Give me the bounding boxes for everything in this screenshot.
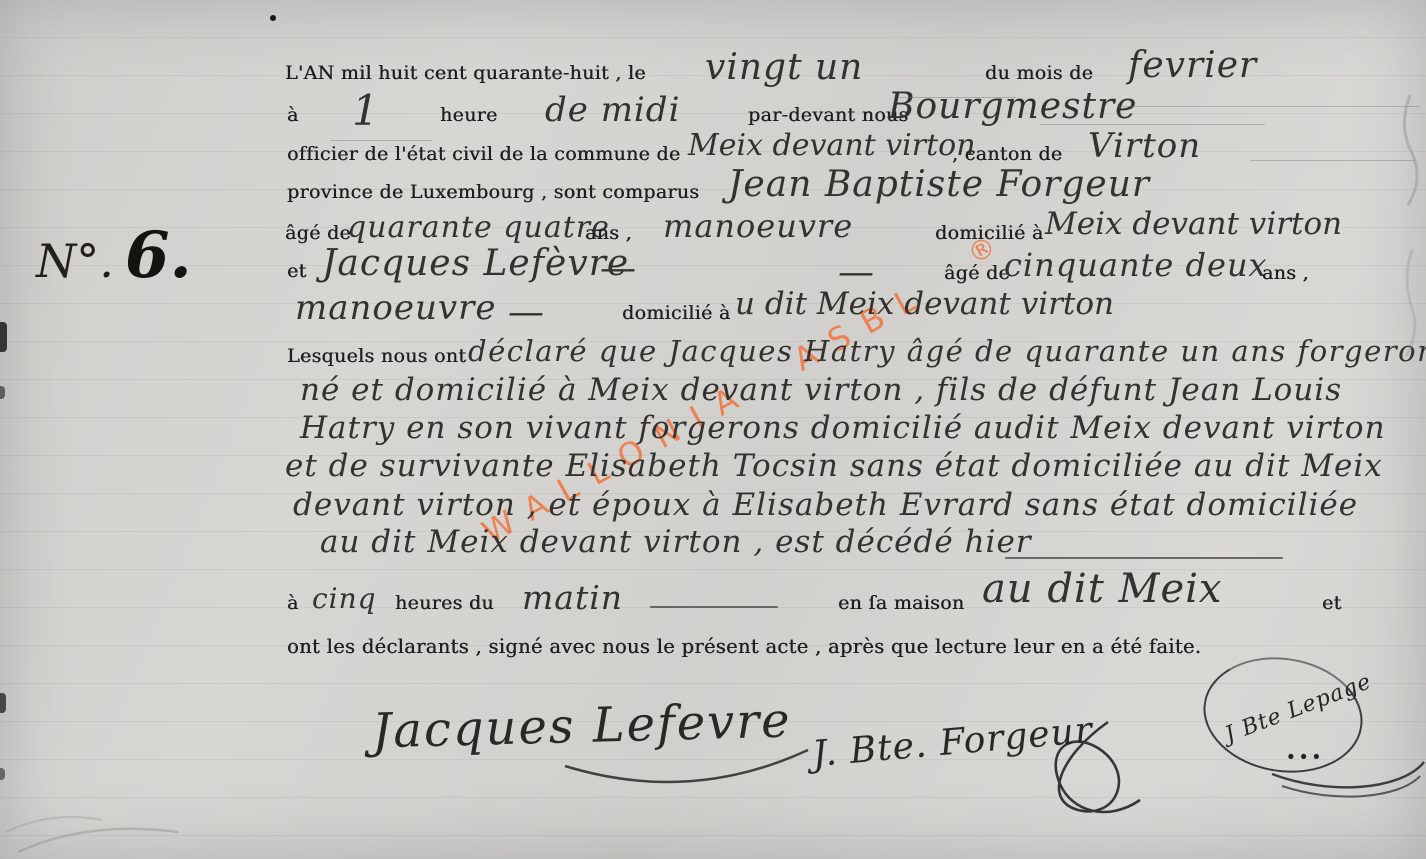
- handwritten-declarant1-occupation: manoeuvre: [663, 207, 853, 245]
- handwritten-canton: Virton: [1088, 126, 1201, 166]
- handwritten-declarant1-name: Jean Baptiste Forgeur: [728, 164, 1150, 205]
- signature-forgeur: J. Bte. Forgeur: [811, 710, 1095, 775]
- handwritten-declaration-line6: au dit Meix devant virton , est décédé h…: [320, 524, 1032, 560]
- printed-commune-phrase: officier de l'état civil de la commune d…: [287, 143, 680, 165]
- printed-hour-word: heure: [440, 104, 498, 126]
- printed-lesquels: Lesquels nous ont: [287, 345, 466, 367]
- signature-lefevre: Jacques Lefevre: [371, 693, 792, 760]
- printed-month-phrase: du mois de: [985, 62, 1093, 84]
- handwritten-declarant1-age: quarante quatre: [347, 210, 610, 245]
- filler-stroke: [1005, 557, 1283, 559]
- blank-rule: [1118, 106, 1420, 107]
- handwritten-day: vingt un: [705, 47, 863, 88]
- signature-dots: ···: [1286, 740, 1324, 773]
- handwritten-declarant2-residence: u dit Meix devant virton: [735, 286, 1114, 322]
- handwritten-declarant2-occupation: manoeuvre: [295, 288, 496, 328]
- printed-age-label2: âgé de: [944, 262, 1010, 284]
- handwritten-declarant2-name: Jacques Lefèvre: [322, 243, 629, 284]
- blank-rule: [1250, 160, 1415, 161]
- printed-en-sa-maison: en ſa maison: [838, 592, 964, 614]
- death-record-scan-1848: WALLONIA ASBL ® N°. 6. L'AN mil huit cen…: [0, 0, 1426, 859]
- edge-ink-mark: [0, 768, 5, 780]
- margin-act-number: N°. 6.: [36, 218, 192, 293]
- handwritten-dash: —: [600, 248, 637, 289]
- handwritten-matin: matin: [522, 578, 623, 617]
- printed-year-phrase: L'AN mil huit cent quarante-huit , le: [285, 62, 646, 84]
- handwritten-month: fevrier: [1128, 45, 1257, 86]
- handwritten-hour: 1: [352, 86, 380, 135]
- ink-dot: [270, 15, 276, 21]
- edge-ink-mark: [0, 693, 6, 713]
- blank-rule: [330, 140, 432, 141]
- handwritten-death-place: au dit Meix: [982, 566, 1223, 612]
- handwritten-declaration-line2: né et domicilié à Meix devant virton , f…: [300, 372, 1342, 408]
- handwritten-declarant2-age: cinquante deux: [1004, 246, 1268, 284]
- printed-heures-du: heures du: [395, 592, 494, 614]
- handwritten-midi: de midi: [545, 90, 680, 130]
- act-number-label: N°.: [36, 234, 114, 288]
- printed-pardevant: par-devant nous: [748, 104, 909, 126]
- handwritten-dash: —: [508, 292, 545, 333]
- edge-ink-mark: [0, 386, 5, 399]
- edge-ink-mark: [0, 322, 7, 352]
- printed-canton-phrase: , canton de: [952, 143, 1062, 165]
- filler-stroke: [650, 606, 778, 608]
- printed-ans2: ans ,: [1262, 262, 1309, 284]
- printed-at-death-hour: à: [287, 592, 299, 614]
- handwritten-declaration-line4: et de survivante Elisabeth Tocsin sans é…: [285, 448, 1383, 484]
- handwritten-declarant1-residence: Meix devant virton: [1045, 206, 1342, 242]
- printed-et2: et: [1322, 592, 1341, 614]
- printed-province-phrase: province de Luxembourg , sont comparus: [287, 181, 699, 203]
- printed-domicilie2: domicilié à: [622, 302, 730, 324]
- handwritten-official-title: Bourgmestre: [888, 86, 1137, 127]
- handwritten-declaration-line5: devant virton , et époux à Elisabeth Evr…: [293, 487, 1358, 523]
- act-number-value: 6.: [125, 218, 192, 293]
- printed-closing-sentence: ont les déclarants , signé avec nous le …: [287, 635, 1201, 658]
- handwritten-commune: Meix devant virton: [688, 128, 976, 163]
- signature-lepage-flourish: J Bte Lepage: [1203, 658, 1363, 772]
- handwritten-declaration-line1: déclaré que Jacques Hatry âgé de quarant…: [468, 334, 1426, 368]
- printed-domicilie1: domicilié à: [935, 222, 1043, 244]
- printed-ans1: ans ,: [585, 222, 632, 244]
- handwritten-death-hour: cinq: [312, 582, 377, 615]
- printed-et: et: [287, 260, 306, 282]
- printed-age-label1: âgé de: [285, 222, 351, 244]
- handwritten-declaration-line3: Hatry en son vivant forgerons domicilié …: [300, 410, 1386, 446]
- blank-rule: [898, 97, 1016, 98]
- blank-rule: [1040, 124, 1265, 125]
- printed-at: à: [287, 104, 299, 126]
